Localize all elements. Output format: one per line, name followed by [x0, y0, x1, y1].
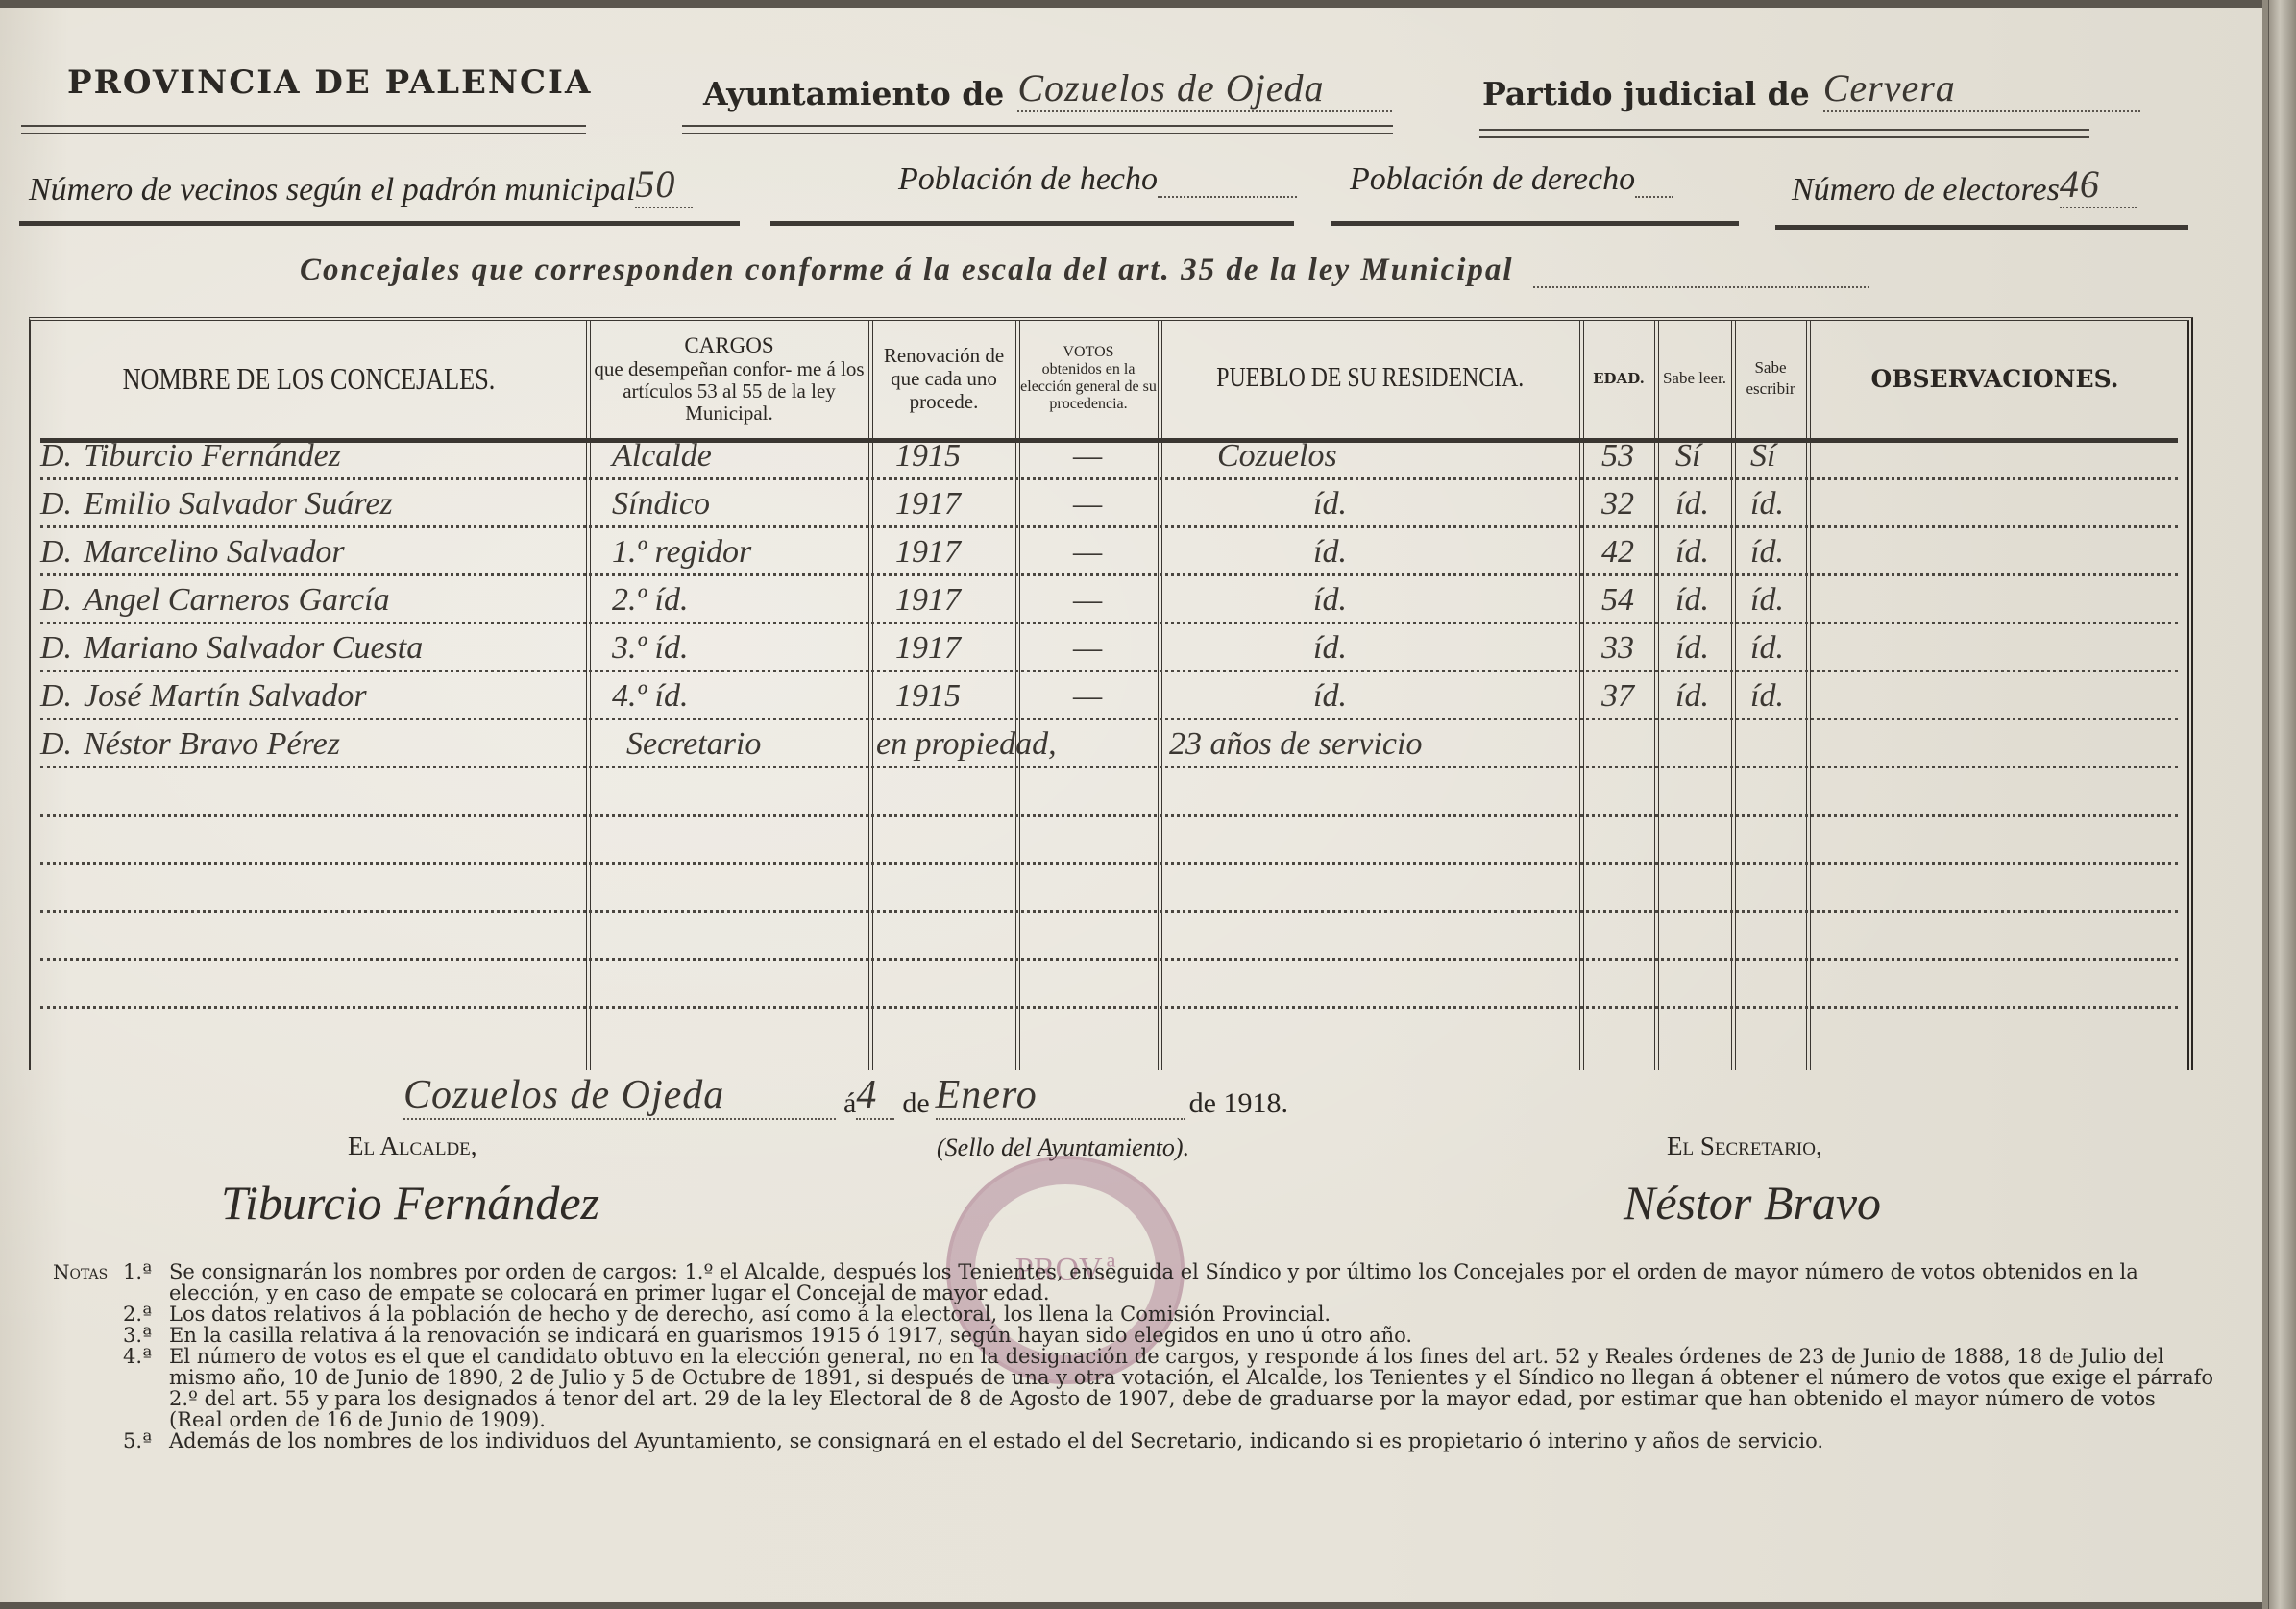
page-gutter	[2262, 0, 2268, 1609]
province-rule	[21, 125, 586, 134]
note-number: 4.ª	[96, 1346, 169, 1430]
cell-nombre: Marcelino Salvador	[84, 534, 345, 571]
concejales-table: NOMBRE DE LOS CONCEJALES. CARGOS que des…	[29, 317, 2193, 1070]
date-a-label: á	[843, 1087, 856, 1120]
cell-pueblo: íd.	[1313, 534, 1347, 571]
secretario-signature: Néstor Bravo	[1624, 1175, 1881, 1231]
concejales-label: Concejales que corresponden conforme á l…	[300, 253, 1514, 288]
col-header-edad: EDAD.	[1583, 321, 1654, 436]
col-header-nombre-label: NOMBRE DE LOS CONCEJALES.	[122, 361, 495, 397]
cell-nombre: Néstor Bravo Pérez	[84, 726, 340, 763]
cell-leer: íd.	[1675, 678, 1709, 715]
col-header-renovacion-label: Renovación de que cada uno procede.	[872, 344, 1015, 413]
col-header-observaciones-label: OBSERVACIONES.	[1871, 365, 2119, 393]
note-item: 2.ª Los datos relativos á la población d…	[96, 1304, 2214, 1325]
ayuntamiento-value: Cozuelos de Ojeda	[1017, 65, 1392, 112]
cell-votos: —	[1073, 486, 1102, 523]
cell-cargo: 4.º íd.	[612, 678, 689, 715]
row-prefix: D.	[40, 438, 72, 475]
cell-nombre: Mariano Salvador Cuesta	[84, 630, 423, 667]
row-rule	[40, 766, 2178, 768]
secretario-label: El Secretario,	[1667, 1132, 1822, 1161]
cell-pueblo: íd.	[1313, 582, 1347, 619]
cell-leer: íd.	[1675, 534, 1709, 571]
row-prefix: D.	[40, 726, 72, 763]
row-prefix: D.	[40, 630, 72, 667]
col-header-escribir: Sabe escribir	[1735, 321, 1806, 436]
cell-edad: 54	[1601, 582, 1634, 619]
cell-escribir: íd.	[1750, 630, 1784, 667]
cell-cargo: 3.º íd.	[612, 630, 689, 667]
cell-votos: —	[1073, 678, 1102, 715]
poblacion-hecho-field: Población de hecho	[898, 161, 1297, 198]
cell-escribir: Sí	[1750, 438, 1775, 475]
book-spine	[2269, 0, 2296, 1609]
col-header-votos: VOTOS obtenidos en la elección general d…	[1019, 321, 1158, 436]
poblacion-derecho-label: Población de derecho	[1350, 161, 1635, 198]
header-rule	[40, 438, 2178, 443]
vecinos-rule	[19, 221, 740, 226]
poblacion-derecho-rule	[1331, 221, 1739, 226]
col-header-leer-label: Sabe leer.	[1663, 368, 1726, 389]
col-header-observaciones: OBSERVACIONES.	[1810, 321, 2180, 436]
row-rule	[40, 814, 2178, 817]
alcalde-label: El Alcalde,	[348, 1132, 477, 1161]
cell-renovacion: 1917	[895, 486, 961, 523]
row-prefix: D.	[40, 678, 72, 715]
note-text: Además de los nombres de los individuos …	[169, 1430, 1823, 1451]
note-text: Los datos relativos á la población de he…	[169, 1304, 1331, 1325]
cell-renovacion: 1917	[895, 582, 961, 619]
notes-title: Notas	[53, 1261, 108, 1282]
col-header-escribir-label: Sabe escribir	[1735, 357, 1806, 400]
cell-edad: 53	[1601, 438, 1634, 475]
poblacion-hecho-value	[1158, 196, 1297, 198]
date-line: Cozuelos de Ojeda á 4 de Enero de 1918.	[403, 1072, 1288, 1120]
cell-escribir: íd.	[1750, 678, 1784, 715]
cell-nombre: Angel Carneros García	[84, 582, 390, 619]
note-number: 5.ª	[96, 1430, 169, 1451]
row-rule	[40, 670, 2178, 672]
partido-value: Cervera	[1823, 65, 2140, 112]
poblacion-derecho-value	[1635, 196, 1673, 198]
col-header-cargos: CARGOS que desempeñan confor- me á los a…	[590, 321, 868, 436]
col-header-votos-title: VOTOS	[1063, 344, 1113, 361]
ayuntamiento-rule	[682, 125, 1393, 134]
ayuntamiento-field: Ayuntamiento de Cozuelos de Ojeda	[703, 65, 1392, 112]
cell-votos: —	[1073, 582, 1102, 619]
cell-nombre: Tiburcio Fernández	[84, 438, 341, 475]
cell-pueblo: íd.	[1313, 678, 1347, 715]
note-text: El número de votos es el que el candidat…	[169, 1346, 2214, 1430]
date-year: de 1918.	[1189, 1087, 1288, 1120]
row-rule	[40, 862, 2178, 865]
col-header-pueblo-label: PUEBLO DE SU RESIDENCIA.	[1217, 363, 1525, 394]
cell-renovacion: en propiedad,	[876, 726, 1057, 763]
cell-nombre: José Martín Salvador	[84, 678, 367, 715]
cell-edad: 42	[1601, 534, 1634, 571]
date-month: Enero	[936, 1072, 1185, 1120]
cell-votos: —	[1073, 630, 1102, 667]
cell-edad: 37	[1601, 678, 1634, 715]
cell-escribir: íd.	[1750, 534, 1784, 571]
partido-label: Partido judicial de	[1482, 75, 1810, 112]
cell-leer: Sí	[1675, 438, 1700, 475]
cell-votos: —	[1073, 534, 1102, 571]
cell-pueblo: 23 años de servicio	[1169, 726, 1422, 763]
vecinos-value: 50	[635, 161, 693, 208]
form-page: PROVINCIA DE PALENCIA Ayuntamiento de Co…	[0, 8, 2267, 1602]
province-label: PROVINCIA DE PALENCIA	[67, 63, 592, 102]
cell-escribir: íd.	[1750, 582, 1784, 619]
col-header-renovacion: Renovación de que cada uno procede.	[872, 321, 1015, 436]
cell-renovacion: 1915	[895, 678, 961, 715]
cell-cargo: 2.º íd.	[612, 582, 689, 619]
col-header-edad-label: EDAD.	[1593, 370, 1645, 387]
note-item: 5.ª Además de los nombres de los individ…	[96, 1430, 2214, 1451]
row-prefix: D.	[40, 534, 72, 571]
cell-leer: íd.	[1675, 630, 1709, 667]
cell-pueblo: íd.	[1313, 630, 1347, 667]
poblacion-hecho-label: Población de hecho	[898, 161, 1158, 198]
poblacion-hecho-rule	[770, 221, 1294, 226]
col-header-cargos-label: que desempeñan confor- me á los artículo…	[590, 358, 868, 425]
vecinos-label: Número de vecinos según el padrón munici…	[29, 172, 635, 208]
date-de-label: de	[902, 1087, 929, 1120]
note-text: Se consignarán los nombres por orden de …	[169, 1261, 2214, 1304]
col-header-cargos-title: CARGOS	[684, 333, 773, 358]
electores-rule	[1775, 225, 2188, 230]
note-item: 4.ª El número de votos es el que el cand…	[96, 1346, 2214, 1430]
cell-edad: 32	[1601, 486, 1634, 523]
poblacion-derecho-field: Población de derecho	[1350, 161, 1673, 198]
note-item: 3.ª En la casilla relativa á la renovaci…	[96, 1325, 2214, 1346]
row-rule	[40, 718, 2178, 720]
partido-rule	[1479, 129, 2089, 138]
cell-renovacion: 1917	[895, 630, 961, 667]
row-rule	[40, 910, 2178, 913]
date-place: Cozuelos de Ojeda	[403, 1072, 836, 1120]
cell-edad: 33	[1601, 630, 1634, 667]
cell-votos: —	[1073, 438, 1102, 475]
row-rule	[40, 622, 2178, 624]
cell-pueblo: íd.	[1313, 486, 1347, 523]
row-rule	[40, 573, 2178, 576]
notes-section: Notas 1.ª Se consignarán los nombres por…	[53, 1261, 2214, 1451]
ayuntamiento-label: Ayuntamiento de	[703, 75, 1004, 112]
vecinos-field: Número de vecinos según el padrón munici…	[29, 161, 693, 208]
cell-cargo: Síndico	[612, 486, 710, 523]
row-prefix: D.	[40, 582, 72, 619]
concejales-value	[1533, 286, 1869, 288]
row-prefix: D.	[40, 486, 72, 523]
cell-escribir: íd.	[1750, 486, 1784, 523]
province-title: PROVINCIA DE PALENCIA	[67, 63, 592, 102]
row-rule	[40, 477, 2178, 480]
partido-field: Partido judicial de Cervera	[1482, 65, 2140, 112]
cell-cargo: Alcalde	[612, 438, 712, 475]
cell-cargo: Secretario	[626, 726, 761, 763]
note-item: 1.ª Se consignarán los nombres por orden…	[96, 1261, 2214, 1304]
alcalde-signature: Tiburcio Fernández	[221, 1175, 599, 1231]
electores-label: Número de electores	[1792, 172, 2060, 208]
note-number: 2.ª	[96, 1304, 169, 1325]
electores-value: 46	[2060, 161, 2137, 208]
cell-pueblo: Cozuelos	[1217, 438, 1337, 475]
col-header-votos-label: obtenidos en la elección general de su p…	[1019, 361, 1158, 413]
concejales-field: Concejales que corresponden conforme á l…	[300, 253, 1869, 288]
col-header-leer: Sabe leer.	[1658, 321, 1731, 436]
note-text: En la casilla relativa á la renovación s…	[169, 1325, 1412, 1346]
cell-renovacion: 1915	[895, 438, 961, 475]
col-header-pueblo: PUEBLO DE SU RESIDENCIA.	[1161, 321, 1579, 436]
col-header-nombre: NOMBRE DE LOS CONCEJALES.	[31, 321, 586, 436]
date-day: 4	[856, 1072, 894, 1120]
row-rule	[40, 525, 2178, 528]
cell-cargo: 1.º regidor	[612, 534, 751, 571]
electores-field: Número de electores 46	[1792, 161, 2137, 208]
row-rule	[40, 958, 2178, 961]
cell-nombre: Emilio Salvador Suárez	[84, 486, 393, 523]
cell-leer: íd.	[1675, 582, 1709, 619]
cell-leer: íd.	[1675, 486, 1709, 523]
row-rule	[40, 1006, 2178, 1009]
cell-renovacion: 1917	[895, 534, 961, 571]
note-number: 3.ª	[96, 1325, 169, 1346]
